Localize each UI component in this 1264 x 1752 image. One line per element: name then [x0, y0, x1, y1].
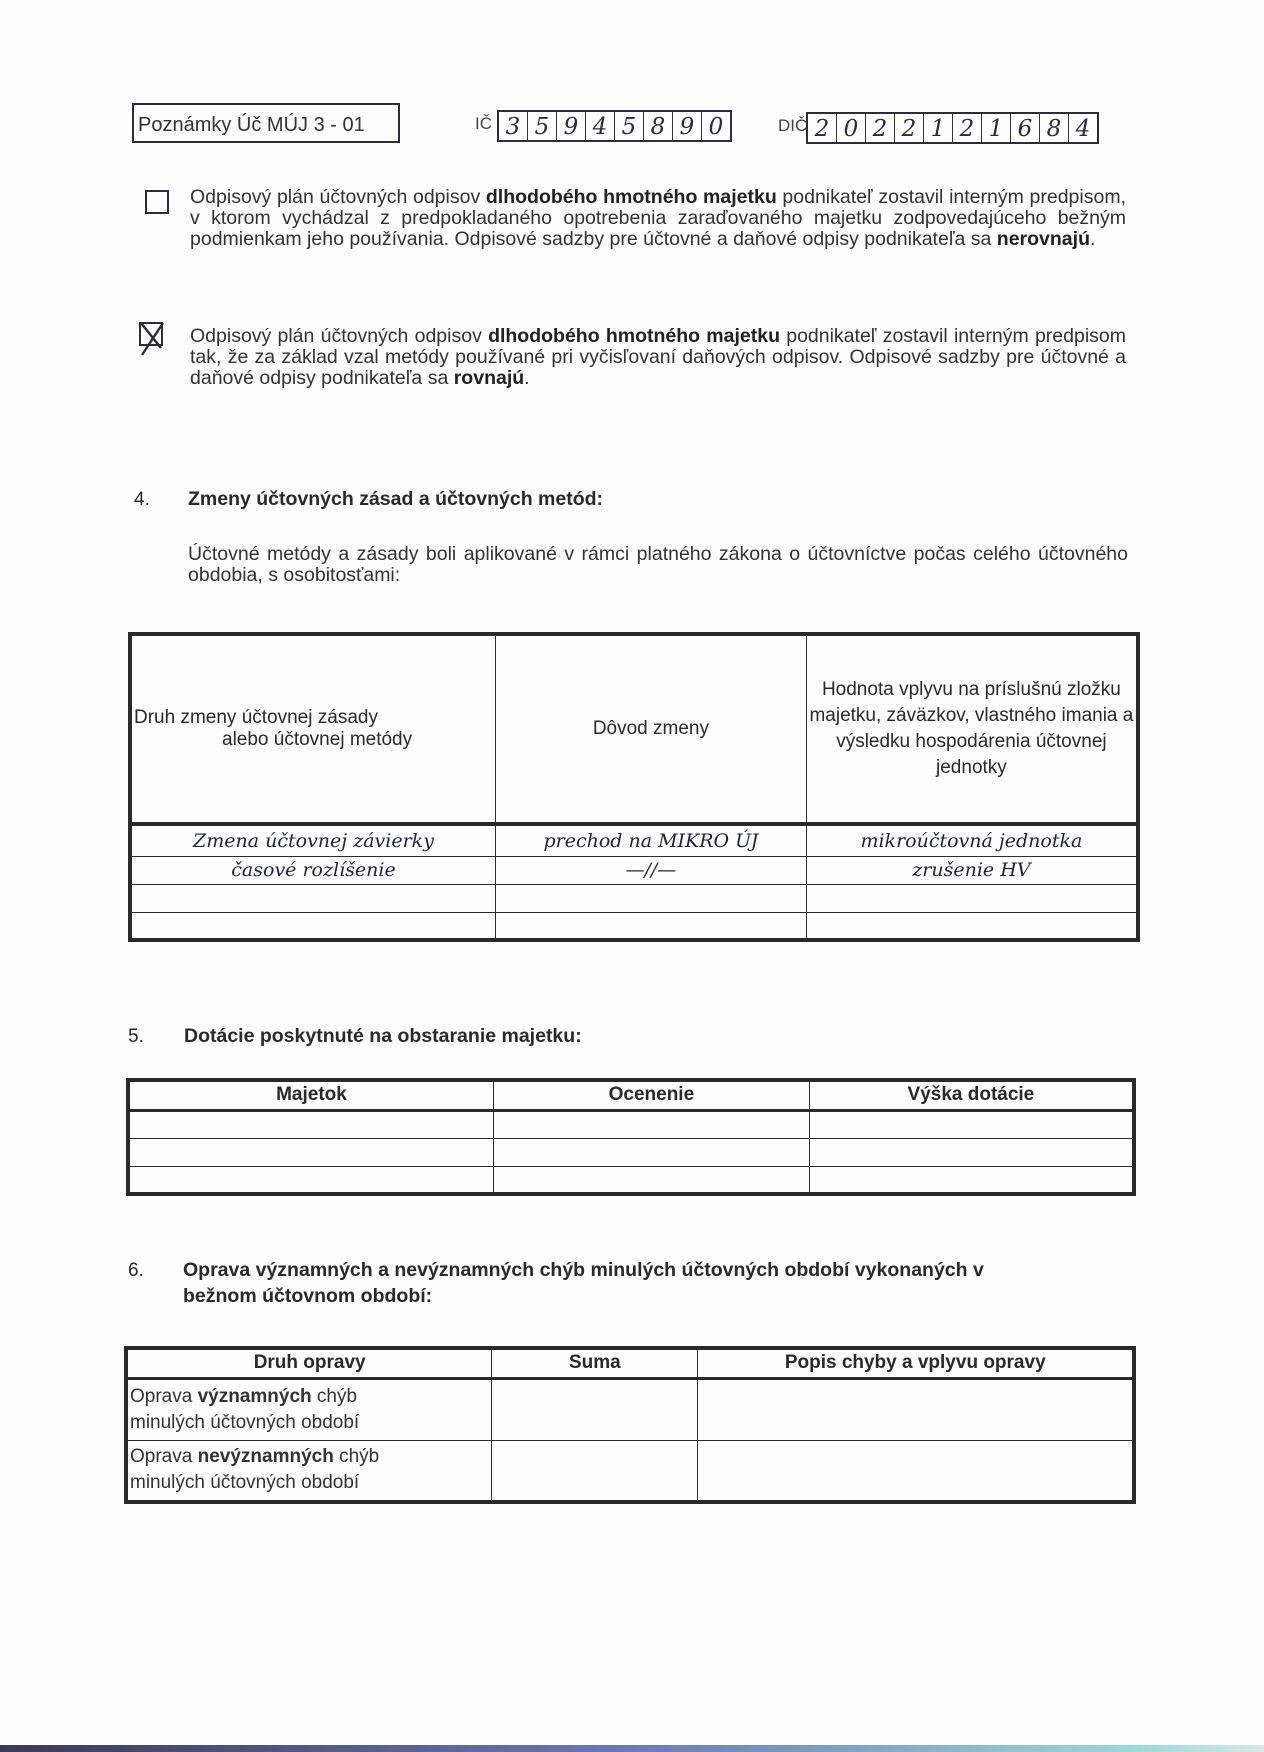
error-corrections-table: Druh opravy Suma Popis chyby a vplyvu op…: [124, 1346, 1136, 1504]
header-impact: Hodnota vplyvu na príslušnú zložku majet…: [806, 634, 1138, 824]
option-rovnaju-checkbox[interactable]: [139, 322, 163, 346]
dic-digit[interactable]: 2: [866, 114, 895, 142]
header-error-description: Popis chyby a vplyvu opravy: [698, 1348, 1134, 1378]
option-rovnaju-text: Odpisový plán účtovných odpisov dlhodobé…: [190, 326, 1126, 389]
ic-digit[interactable]: 0: [702, 112, 730, 140]
header-change-type: Druh zmeny účtovnej zásady alebo účtovne…: [130, 634, 495, 824]
header-change-type-line1: Druh zmeny účtovnej zásady: [134, 707, 495, 729]
checkmark-x-icon: [137, 320, 167, 356]
dic-digit[interactable]: 8: [1040, 114, 1069, 142]
asset-cell[interactable]: [128, 1166, 493, 1194]
option-nerovnaju-checkbox[interactable]: [145, 190, 169, 214]
option-nerovnaju-text: Odpisový plán účtovných odpisov dlhodobé…: [190, 187, 1126, 250]
ic-field[interactable]: 35945890: [497, 110, 732, 142]
row-label-post: chýb: [334, 1446, 379, 1467]
body-text: Odpisový plán účtovných odpisov: [190, 325, 488, 347]
change-type-cell[interactable]: [130, 912, 495, 940]
row-label-pre: Oprava: [130, 1386, 198, 1407]
header-subsidy-amount: Výška dotácie: [809, 1080, 1134, 1110]
header-change-type-line2: alebo účtovnej metódy: [134, 729, 495, 751]
ic-digit[interactable]: 4: [586, 112, 615, 140]
asset-cell[interactable]: [128, 1138, 493, 1166]
correction-type-insignificant: Oprava nevýznamných chýb minulých účtovn…: [126, 1440, 492, 1502]
ic-label: IČ: [475, 114, 492, 134]
dic-digit[interactable]: 4: [1069, 114, 1097, 142]
dic-digit[interactable]: 1: [924, 114, 953, 142]
dic-digit[interactable]: 0: [837, 114, 866, 142]
header-asset: Majetok: [128, 1080, 493, 1110]
valuation-cell[interactable]: [493, 1138, 809, 1166]
subsidies-table: Majetok Ocenenie Výška dotácie: [126, 1078, 1136, 1196]
row-label-pre: Oprava: [130, 1446, 198, 1467]
row-label-post: chýb: [312, 1386, 357, 1407]
ic-digit[interactable]: 5: [528, 112, 557, 140]
row-label-line2: minulých účtovných období: [130, 1470, 491, 1496]
body-text: .: [524, 367, 529, 389]
amount-cell[interactable]: [492, 1378, 698, 1440]
change-type-cell[interactable]: časové rozlíšenie: [130, 856, 495, 884]
dic-digit[interactable]: 6: [1011, 114, 1040, 142]
body-text: .: [1090, 228, 1095, 250]
reason-cell[interactable]: [495, 884, 806, 912]
dic-digit[interactable]: 2: [953, 114, 982, 142]
header-amount: Suma: [492, 1348, 698, 1378]
dic-digit[interactable]: 2: [895, 114, 924, 142]
ic-digit[interactable]: 8: [644, 112, 673, 140]
form-code-box: Poznámky Úč MÚJ 3 - 01: [132, 103, 400, 143]
row-label-bold: významných: [198, 1386, 312, 1407]
header-reason: Dôvod zmeny: [495, 634, 806, 824]
header-valuation: Ocenenie: [493, 1080, 809, 1110]
ic-digit[interactable]: 3: [499, 112, 528, 140]
dic-label: DIČ: [778, 116, 807, 136]
emphasis-text: rovnajú: [454, 367, 524, 389]
section-4-number: 4.: [134, 489, 150, 511]
section-4-title: Zmeny účtovných zásad a účtovných metód:: [188, 486, 603, 512]
subsidy-amount-cell[interactable]: [809, 1166, 1134, 1194]
impact-cell[interactable]: mikroúčtovná jednotka: [806, 824, 1138, 856]
valuation-cell[interactable]: [493, 1166, 809, 1194]
ic-digit[interactable]: 5: [615, 112, 644, 140]
changes-table: Druh zmeny účtovnej zásady alebo účtovne…: [128, 632, 1140, 942]
emphasis-text: nerovnajú: [997, 228, 1090, 250]
subsidy-amount-cell[interactable]: [809, 1110, 1134, 1138]
body-text: Odpisový plán účtovných odpisov: [190, 186, 486, 208]
correction-type-significant: Oprava významných chýb minulých účtovnýc…: [126, 1378, 492, 1440]
section-6-number: 6.: [128, 1260, 144, 1282]
change-type-cell[interactable]: [130, 884, 495, 912]
impact-cell[interactable]: [806, 884, 1138, 912]
section-6-title: Oprava významných a nevýznamných chýb mi…: [183, 1257, 1143, 1309]
change-type-cell[interactable]: Zmena účtovnej závierky: [130, 824, 495, 856]
error-description-cell[interactable]: [698, 1378, 1134, 1440]
dic-digit[interactable]: 2: [808, 114, 837, 142]
row-label-bold: nevýznamných: [198, 1446, 334, 1467]
section-5-title: Dotácie poskytnuté na obstaranie majetku…: [184, 1023, 582, 1049]
section-4-intro: Účtovné metódy a zásady boli aplikované …: [188, 544, 1128, 586]
emphasis-text: dlhodobého hmotného majetku: [486, 186, 777, 208]
impact-cell[interactable]: [806, 912, 1138, 940]
section-5-number: 5.: [128, 1026, 144, 1048]
reason-cell[interactable]: —//—: [495, 856, 806, 884]
reason-cell[interactable]: prechod na MIKRO ÚJ: [495, 824, 806, 856]
amount-cell[interactable]: [492, 1440, 698, 1502]
error-description-cell[interactable]: [698, 1440, 1134, 1502]
reason-cell[interactable]: [495, 912, 806, 940]
dic-field[interactable]: 2022121684: [806, 112, 1099, 144]
header-correction-type: Druh opravy: [126, 1348, 492, 1378]
ic-digit[interactable]: 9: [557, 112, 586, 140]
asset-cell[interactable]: [128, 1110, 493, 1138]
impact-cell[interactable]: zrušenie HV: [806, 856, 1138, 884]
section-6-title-line2: bežnom účtovnom období:: [183, 1283, 1143, 1309]
section-6-title-line1: Oprava významných a nevýznamných chýb mi…: [183, 1257, 1143, 1283]
valuation-cell[interactable]: [493, 1110, 809, 1138]
row-label-line2: minulých účtovných období: [130, 1410, 491, 1436]
emphasis-text: dlhodobého hmotného majetku: [488, 325, 780, 347]
scan-edge: [0, 1745, 1264, 1752]
dic-digit[interactable]: 1: [982, 114, 1011, 142]
ic-digit[interactable]: 9: [673, 112, 702, 140]
subsidy-amount-cell[interactable]: [809, 1138, 1134, 1166]
